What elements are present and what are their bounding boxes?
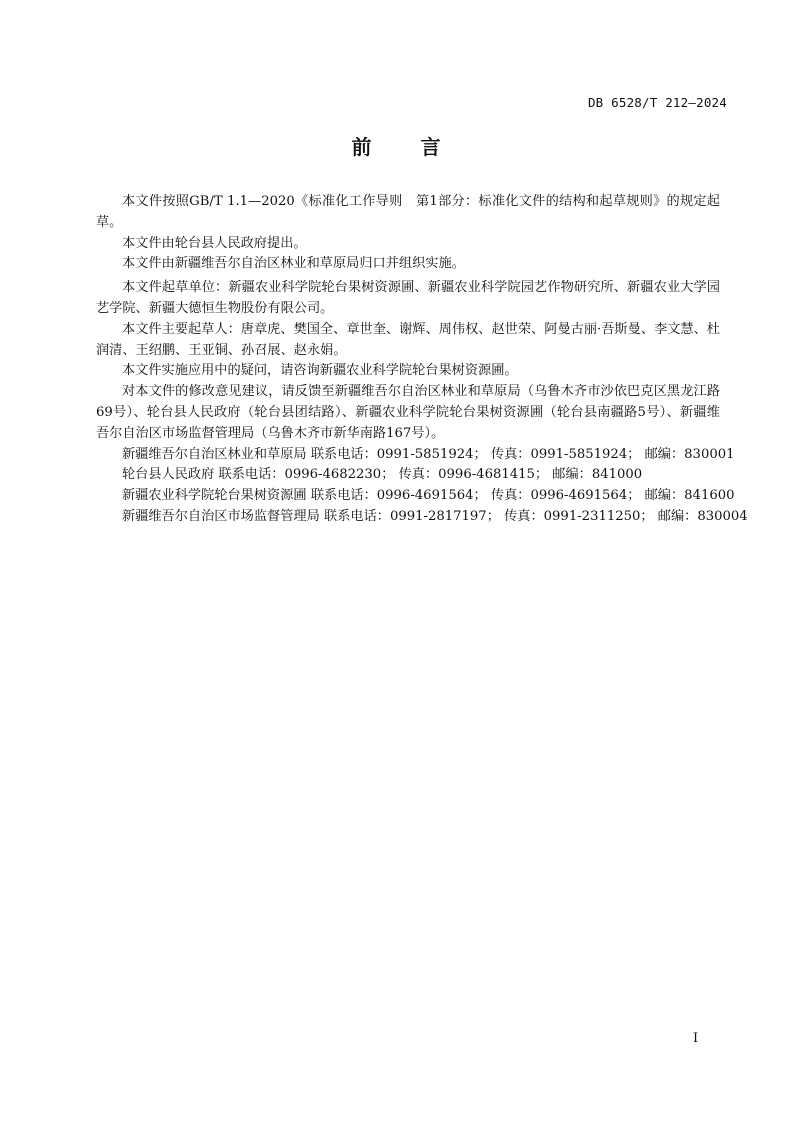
foreword-body: 本文件按照GB/T 1.1—2020《标准化工作导则 第1部分：标准化文件的结构… <box>96 192 720 528</box>
contact-line: 新疆维吾尔自治区林业和草原局 联系电话：0991-5851924； 传真：099… <box>96 445 720 466</box>
contact-org: 新疆维吾尔自治区市场监督管理局 <box>122 509 320 524</box>
contact-phone: 联系电话：0996-4682230； <box>219 467 395 482</box>
page-title: 前言 <box>0 131 793 160</box>
paragraph-inquiries: 本文件实施应用中的疑问，请咨询新疆农业科学院轮台果树资源圃。 <box>96 361 720 382</box>
paragraph-drafting-units: 本文件起草单位：新疆农业科学院轮台果树资源圃、新疆农业科学院园艺作物研究所、新疆… <box>96 278 720 320</box>
contact-line: 轮台县人民政府 联系电话：0996-4682230； 传真：0996-46814… <box>96 465 720 486</box>
paragraph-main-drafters: 本文件主要起草人：唐章虎、樊国全、章世奎、谢辉、周伟权、赵世荣、阿曼古丽·吾斯曼… <box>96 320 720 362</box>
contact-phone: 联系电话：0991-5851924； <box>311 447 487 462</box>
contact-fax: 传真：0991-2311250； <box>504 509 654 524</box>
contact-org: 新疆农业科学院轮台果树资源圃 <box>122 488 307 503</box>
contact-phone: 联系电话：0996-4691564； <box>311 488 487 503</box>
contact-fax: 传真：0991-5851924； <box>491 447 641 462</box>
contact-fax: 传真：0996-4691564； <box>491 488 641 503</box>
paragraph-proposer: 本文件由轮台县人民政府提出。 <box>96 234 720 255</box>
contact-org: 新疆维吾尔自治区林业和草原局 <box>122 447 307 462</box>
contact-postcode: 邮编：841000 <box>552 467 642 482</box>
contact-postcode: 邮编：841600 <box>645 488 735 503</box>
contact-line: 新疆农业科学院轮台果树资源圃 联系电话：0996-4691564； 传真：099… <box>96 486 720 507</box>
contact-phone: 联系电话：0991-2817197； <box>324 509 500 524</box>
page-number: I <box>693 1031 698 1046</box>
page-title-char-2: 言 <box>421 135 442 159</box>
document-code: DB 6528/T 212—2024 <box>588 95 727 110</box>
contact-line: 新疆维吾尔自治区市场监督管理局 联系电话：0991-2817197； 传真：09… <box>96 507 720 528</box>
contact-postcode: 邮编：830004 <box>658 509 748 524</box>
contact-fax: 传真：0996-4681415； <box>399 467 549 482</box>
contact-postcode: 邮编：830001 <box>645 447 735 462</box>
page-title-char-1: 前 <box>352 135 373 159</box>
paragraph-feedback: 对本文件的修改意见建议，请反馈至新疆维吾尔自治区林业和草原局（乌鲁木齐市沙依巴克… <box>96 382 720 444</box>
contact-org: 轮台县人民政府 <box>122 467 214 482</box>
contact-list: 新疆维吾尔自治区林业和草原局 联系电话：0991-5851924； 传真：099… <box>96 445 720 528</box>
paragraph-administrator: 本文件由新疆维吾尔自治区林业和草原局归口并组织实施。 <box>96 254 720 275</box>
paragraph-drafting-basis: 本文件按照GB/T 1.1—2020《标准化工作导则 第1部分：标准化文件的结构… <box>96 192 720 234</box>
